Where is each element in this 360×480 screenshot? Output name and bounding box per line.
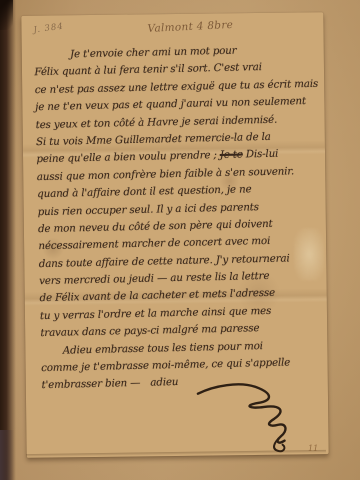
folio-number: 11 [308,444,318,453]
line-pre-text: peine qu'elle a bien voulu prendre ; [36,149,217,165]
photograph-of-letter: { "annotations": { "inventory_number": "… [0,0,360,480]
dark-corner-notch [0,0,13,30]
signature-flourish-icon [194,378,305,455]
inventory-number: J. 384 [33,22,64,36]
binding-gutter-shadow-bottom [0,430,14,480]
binding-gutter-shadow [0,0,16,480]
letter-dateline: Valmont 4 8bre [147,16,297,35]
closing-word: adieu [150,374,178,392]
line-post-text: Dis-lui [246,148,279,161]
letter-line: t'embrasser bien — [41,375,140,395]
letter-sheet: J. 384 Valmont 4 8bre Je t'envoie cher a… [21,12,328,458]
letter-body: Je t'envoie cher ami un mot pour Félix q… [34,41,324,395]
crossed-out-words: Je te [220,149,243,162]
